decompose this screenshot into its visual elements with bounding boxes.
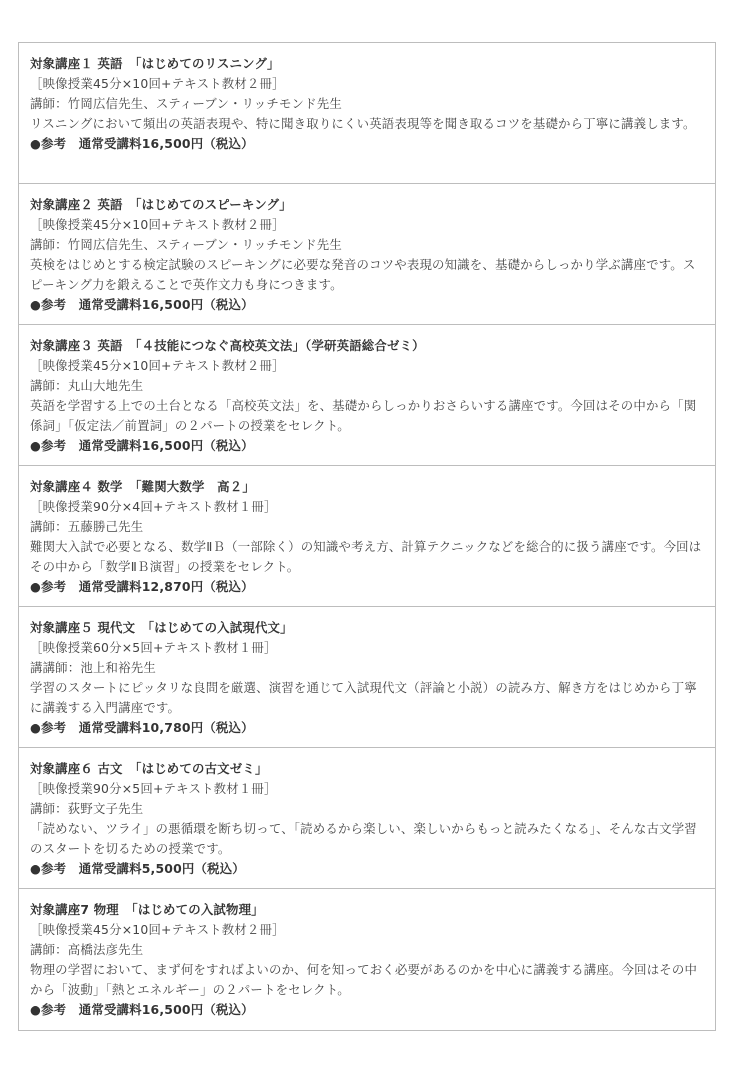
course-teacher: 講師：五藤勝己先生 — [30, 517, 705, 537]
course-price: ●参考 通常受講料5,500円（税込） — [30, 859, 705, 879]
course-format: ［映像授業90分×4回+テキスト教材１冊］ — [30, 497, 705, 517]
course-title: 対象講座３ 英語 「４技能につなぐ高校英文法」（学研英語総合ゼミ） — [30, 336, 705, 356]
course-description: 物理の学習において、まず何をすればよいのか、何を知っておく必要があるのかを中心に… — [30, 960, 705, 1000]
course-price: ●参考 通常受講料16,500円（税込） — [30, 295, 705, 315]
course-price: ●参考 通常受講料16,500円（税込） — [30, 134, 705, 154]
course-row-1: 対象講座１ 英語 「はじめてのリスニング」 ［映像授業45分×10回+テキスト教… — [19, 43, 715, 184]
course-description: 「読めない、ツライ」の悪循環を断ち切って、「読めるから楽しい、楽しいからもっと読… — [30, 819, 705, 859]
course-teacher: 講師：竹岡広信先生、スティーブン・リッチモンド先生 — [30, 235, 705, 255]
course-row-2: 対象講座２ 英語 「はじめてのスピーキング」 ［映像授業45分×10回+テキスト… — [19, 184, 715, 325]
course-title: 対象講座４ 数学 「難関大数学 高２」 — [30, 477, 705, 497]
course-row-5: 対象講座５ 現代文 「はじめての入試現代文」 ［映像授業60分×5回+テキスト教… — [19, 607, 715, 748]
course-teacher: 講師：高橋法彦先生 — [30, 940, 705, 960]
course-description: 学習のスタートにピッタリな良問を厳選、演習を通じて入試現代文（評論と小説）の読み… — [30, 678, 705, 718]
course-table: 対象講座１ 英語 「はじめてのリスニング」 ［映像授業45分×10回+テキスト教… — [18, 42, 716, 1031]
course-format: ［映像授業45分×10回+テキスト教材２冊］ — [30, 356, 705, 376]
course-teacher: 講師：竹岡広信先生、スティーブン・リッチモンド先生 — [30, 94, 705, 114]
course-row-6: 対象講座６ 古文 「はじめての古文ゼミ」 ［映像授業90分×5回+テキスト教材１… — [19, 748, 715, 889]
course-teacher: 講師：荻野文子先生 — [30, 799, 705, 819]
course-format: ［映像授業45分×10回+テキスト教材２冊］ — [30, 215, 705, 235]
course-description: 英検をはじめとする検定試験のスピーキングに必要な発音のコツや表現の知識を、基礎か… — [30, 255, 705, 295]
course-title: 対象講座５ 現代文 「はじめての入試現代文」 — [30, 618, 705, 638]
course-title: 対象講座２ 英語 「はじめてのスピーキング」 — [30, 195, 705, 215]
course-format: ［映像授業90分×5回+テキスト教材１冊］ — [30, 779, 705, 799]
course-description: 英語を学習する上での土台となる「高校英文法」を、基礎からしっかりおさらいする講座… — [30, 396, 705, 436]
course-price: ●参考 通常受講料12,870円（税込） — [30, 577, 705, 597]
course-teacher: 講講師：池上和裕先生 — [30, 658, 705, 678]
course-row-4: 対象講座４ 数学 「難関大数学 高２」 ［映像授業90分×4回+テキスト教材１冊… — [19, 466, 715, 607]
course-format: ［映像授業45分×10回+テキスト教材２冊］ — [30, 74, 705, 94]
course-row-7: 対象講座7 物理 「はじめての入試物理」 ［映像授業45分×10回+テキスト教材… — [19, 889, 715, 1030]
course-row-3: 対象講座３ 英語 「４技能につなぐ高校英文法」（学研英語総合ゼミ） ［映像授業4… — [19, 325, 715, 466]
course-price: ●参考 通常受講料10,780円（税込） — [30, 718, 705, 738]
course-title: 対象講座１ 英語 「はじめてのリスニング」 — [30, 54, 705, 74]
course-title: 対象講座7 物理 「はじめての入試物理」 — [30, 900, 705, 920]
course-format: ［映像授業60分×5回+テキスト教材１冊］ — [30, 638, 705, 658]
course-description: 難関大入試で必要となる、数学ⅡＢ（一部除く）の知識や考え方、計算テクニックなどを… — [30, 537, 705, 577]
course-price: ●参考 通常受講料16,500円（税込） — [30, 436, 705, 456]
course-price: ●参考 通常受講料16,500円（税込） — [30, 1000, 705, 1020]
course-teacher: 講師：丸山大地先生 — [30, 376, 705, 396]
course-format: ［映像授業45分×10回+テキスト教材２冊］ — [30, 920, 705, 940]
course-title: 対象講座６ 古文 「はじめての古文ゼミ」 — [30, 759, 705, 779]
course-description: リスニングにおいて頻出の英語表現や、特に聞き取りにくい英語表現等を聞き取るコツを… — [30, 114, 705, 134]
